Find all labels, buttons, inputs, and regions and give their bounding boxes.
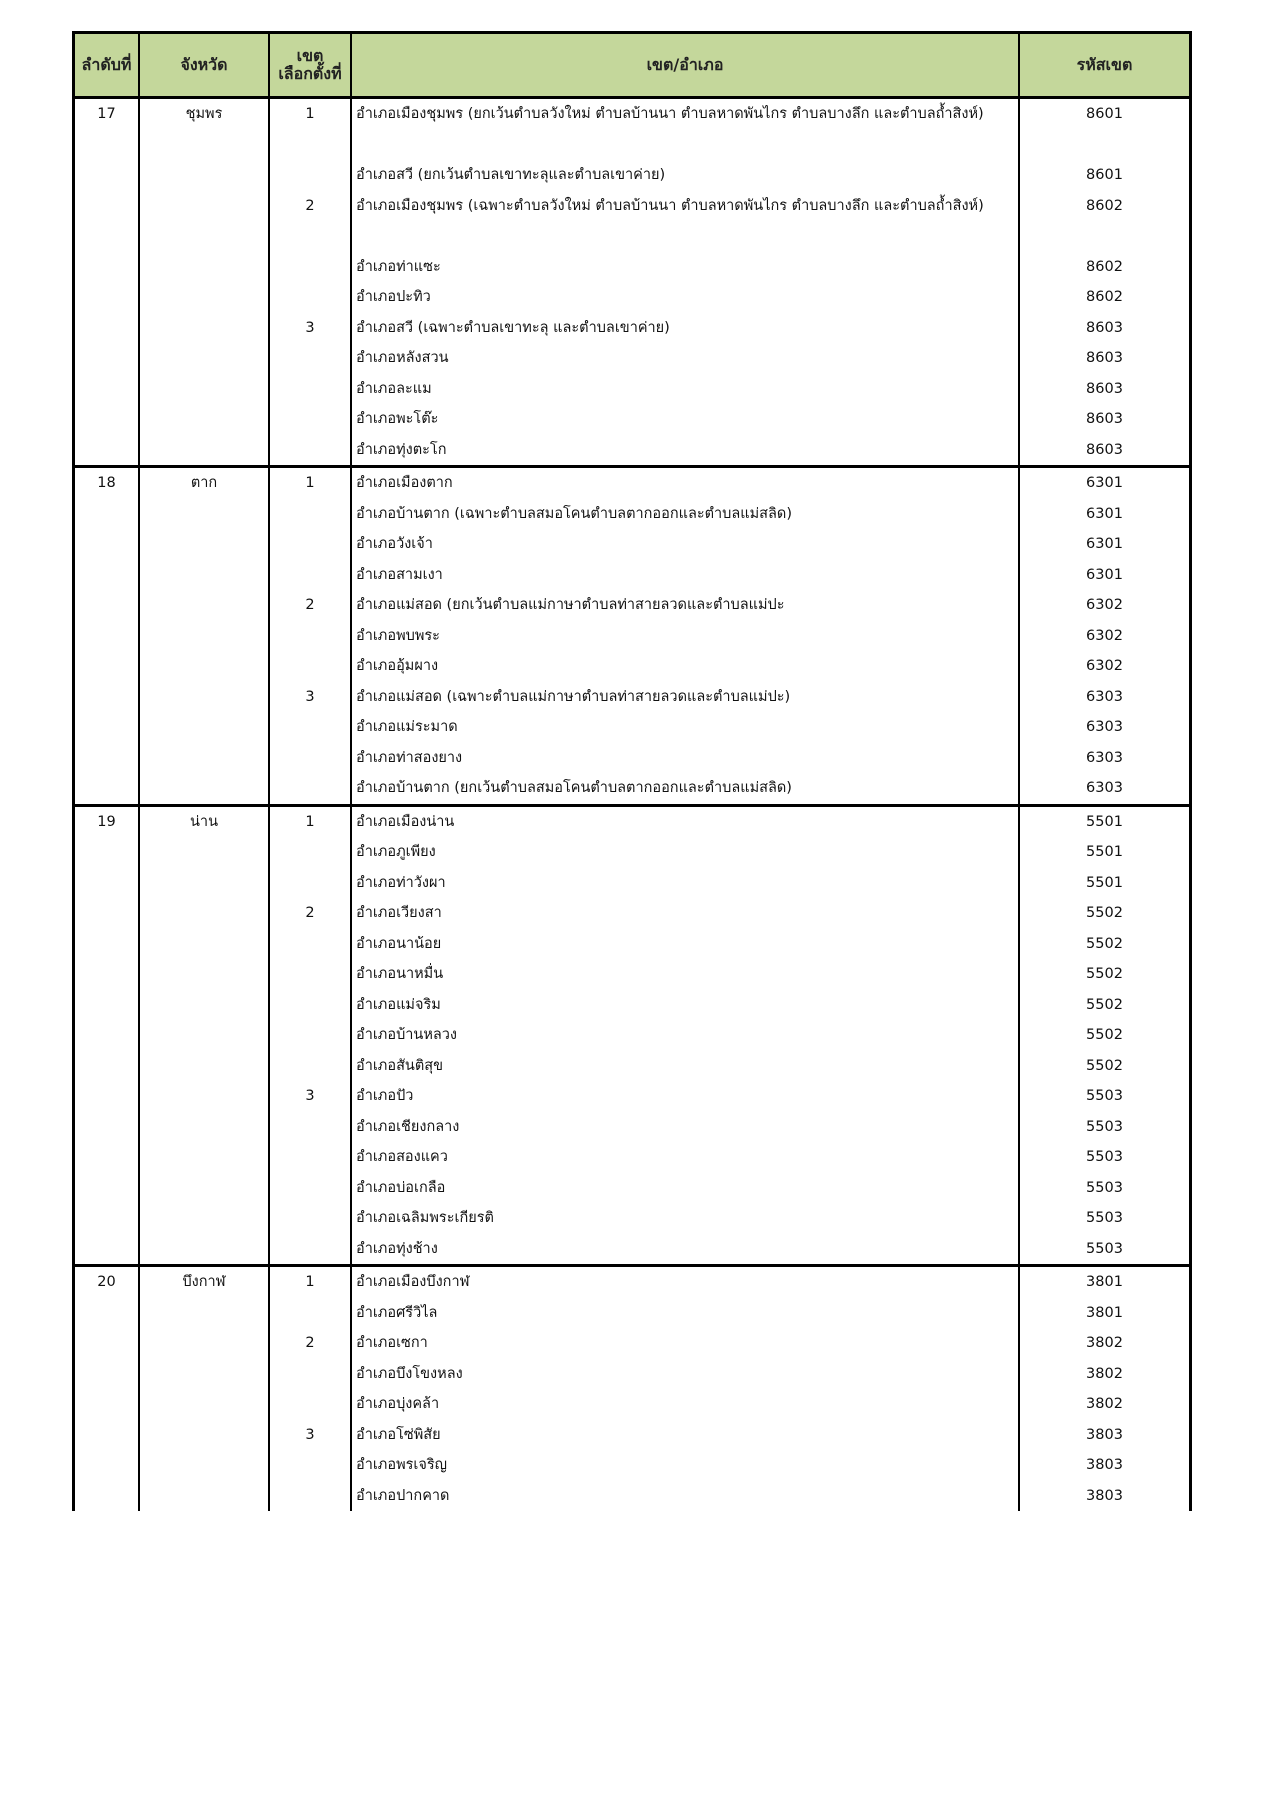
district-code: 3802 <box>1020 1328 1189 1359</box>
district-code: 5502 <box>1020 990 1189 1021</box>
header-order: ลำดับที่ <box>75 34 140 96</box>
district-number <box>270 1173 350 1204</box>
amphoe-name: อำเภอสวี (เฉพาะตำบลเขาทะลุ และตำบลเขาค่า… <box>352 313 1018 344</box>
district-number <box>270 252 350 283</box>
district-code: 8603 <box>1020 343 1189 374</box>
district-number: 2 <box>270 898 350 929</box>
district-code: 3802 <box>1020 1359 1189 1390</box>
amphoe-name: อำเภอแม่สอด (ยกเว้นตำบลแม่กาษาตำบลท่าสาย… <box>352 590 1018 621</box>
district-number <box>270 404 350 435</box>
amphoe-name: อำเภอเมืองชุมพร (ยกเว้นตำบลวังใหม่ ตำบลบ… <box>352 99 1018 160</box>
header-district-line1: เขต <box>297 47 324 65</box>
district-code: 5502 <box>1020 929 1189 960</box>
district-code: 3803 <box>1020 1481 1189 1512</box>
table-header: ลำดับที่ จังหวัด เขต เลือกตั้งที่ เขต/อำ… <box>72 31 1192 99</box>
header-code-label: รหัสเขต <box>1077 56 1133 74</box>
amphoe-name: อำเภอเวียงสา <box>352 898 1018 929</box>
district-code: 8602 <box>1020 282 1189 313</box>
province-section: 20บึงกาฬ123อำเภอเมืองบึงกาฬอำเภอศรีวิไลอ… <box>72 1267 1192 1511</box>
amphoe-name: อำเภอบึงโขงหลง <box>352 1359 1018 1390</box>
district-number <box>270 1234 350 1265</box>
header-amphoe-label: เขต/อำเภอ <box>647 56 724 74</box>
district-number: 3 <box>270 1081 350 1112</box>
district-code: 8603 <box>1020 404 1189 435</box>
district-number <box>270 1481 350 1512</box>
district-number: 1 <box>270 1267 350 1298</box>
district-code: 8603 <box>1020 435 1189 466</box>
code-column: 38013801380238023802380338033803 <box>1020 1267 1189 1511</box>
district-number <box>270 1142 350 1173</box>
district-number: 1 <box>270 807 350 838</box>
district-code: 6301 <box>1020 560 1189 591</box>
amphoe-name: อำเภอสามเงา <box>352 560 1018 591</box>
amphoe-name: อำเภอแม่จริม <box>352 990 1018 1021</box>
amphoe-name: อำเภอปากคาด <box>352 1481 1018 1512</box>
province-column: ตาก <box>140 468 270 804</box>
amphoe-name: อำเภอศรีวิไล <box>352 1298 1018 1329</box>
district-code: 5502 <box>1020 1020 1189 1051</box>
district-code: 5503 <box>1020 1081 1189 1112</box>
district-number <box>270 343 350 374</box>
district-number <box>270 743 350 774</box>
district-number <box>270 868 350 899</box>
amphoe-name: อำเภอวังเจ้า <box>352 529 1018 560</box>
amphoe-name: อำเภอบ้านตาก (ยกเว้นตำบลสมอโคนตำบลตากออก… <box>352 773 1018 804</box>
order-column: 19 <box>75 807 140 1265</box>
district-number: 2 <box>270 1328 350 1359</box>
amphoe-name: อำเภอพรเจริญ <box>352 1450 1018 1481</box>
amphoe-column: อำเภอเมืองตากอำเภอบ้านตาก (เฉพาะตำบลสมอโ… <box>352 468 1020 804</box>
header-order-label: ลำดับที่ <box>82 56 132 74</box>
district-code: 3801 <box>1020 1267 1189 1298</box>
code-column: 8601860186028602860286038603860386038603 <box>1020 99 1189 465</box>
district-number <box>270 1020 350 1051</box>
district-code: 5501 <box>1020 837 1189 868</box>
amphoe-name: อำเภอท่าสองยาง <box>352 743 1018 774</box>
district-code: 5502 <box>1020 898 1189 929</box>
province-name: บึงกาฬ <box>140 1267 268 1298</box>
district-number <box>270 435 350 466</box>
order-number: 20 <box>75 1267 138 1298</box>
amphoe-name: อำเภอสองแคว <box>352 1142 1018 1173</box>
amphoe-column: อำเภอเมืองบึงกาฬอำเภอศรีวิไลอำเภอเซกาอำเ… <box>352 1267 1020 1511</box>
amphoe-name: อำเภอเมืองน่าน <box>352 807 1018 838</box>
constituency-table: ลำดับที่ จังหวัด เขต เลือกตั้งที่ เขต/อำ… <box>72 31 1192 1511</box>
amphoe-name: อำเภอแม่สอด (เฉพาะตำบลแม่กาษาตำบลท่าสายล… <box>352 682 1018 713</box>
district-column: 123 <box>270 468 352 804</box>
amphoe-name: อำเภอปัว <box>352 1081 1018 1112</box>
amphoe-name: อำเภอบ้านตาก (เฉพาะตำบลสมอโคนตำบลตากออกแ… <box>352 499 1018 530</box>
amphoe-name: อำเภอละแม <box>352 374 1018 405</box>
district-number <box>270 773 350 804</box>
amphoe-name: อำเภอท่าแซะ <box>352 252 1018 283</box>
district-code: 3803 <box>1020 1450 1189 1481</box>
district-number: 2 <box>270 590 350 621</box>
district-number: 3 <box>270 313 350 344</box>
district-code: 3802 <box>1020 1389 1189 1420</box>
district-number: 1 <box>270 468 350 499</box>
order-number: 18 <box>75 468 138 499</box>
district-number <box>270 374 350 405</box>
amphoe-name: อำเภอเซกา <box>352 1328 1018 1359</box>
province-name: ชุมพร <box>140 99 268 130</box>
amphoe-name: อำเภอปะทิว <box>352 282 1018 313</box>
order-number: 17 <box>75 99 138 130</box>
district-number: 2 <box>270 191 350 252</box>
district-number <box>270 959 350 990</box>
district-code: 8601 <box>1020 99 1189 160</box>
district-number <box>270 1051 350 1082</box>
district-code: 5503 <box>1020 1112 1189 1143</box>
district-column: 123 <box>270 807 352 1265</box>
district-number <box>270 1112 350 1143</box>
province-name: น่าน <box>140 807 268 838</box>
table-body: 17ชุมพร123อำเภอเมืองชุมพร (ยกเว้นตำบลวัง… <box>72 99 1192 1511</box>
code-column: 5501550155015502550255025502550255025503… <box>1020 807 1189 1265</box>
order-column: 20 <box>75 1267 140 1511</box>
amphoe-name: อำเภอเมืองบึงกาฬ <box>352 1267 1018 1298</box>
district-number <box>270 282 350 313</box>
province-column: น่าน <box>140 807 270 1265</box>
district-number <box>270 929 350 960</box>
amphoe-column: อำเภอเมืองชุมพร (ยกเว้นตำบลวังใหม่ ตำบลบ… <box>352 99 1020 465</box>
amphoe-name: อำเภอบุ่งคล้า <box>352 1389 1018 1420</box>
district-code: 5501 <box>1020 807 1189 838</box>
amphoe-name: อำเภอนาหมื่น <box>352 959 1018 990</box>
amphoe-name: อำเภอเมืองตาก <box>352 468 1018 499</box>
district-code: 6302 <box>1020 621 1189 652</box>
district-number <box>270 990 350 1021</box>
order-number: 19 <box>75 807 138 838</box>
header-province: จังหวัด <box>140 34 270 96</box>
district-code: 6301 <box>1020 529 1189 560</box>
district-number <box>270 1203 350 1234</box>
district-number <box>270 651 350 682</box>
district-number <box>270 1298 350 1329</box>
province-section: 19น่าน123อำเภอเมืองน่านอำเภอภูเพียงอำเภอ… <box>72 807 1192 1268</box>
code-column: 6301630163016301630263026302630363036303… <box>1020 468 1189 804</box>
amphoe-name: อำเภอสวี (ยกเว้นตำบลเขาทะลุและตำบลเขาค่า… <box>352 160 1018 191</box>
district-number <box>270 499 350 530</box>
district-code: 8601 <box>1020 160 1189 191</box>
district-column: 123 <box>270 1267 352 1511</box>
district-code: 6301 <box>1020 499 1189 530</box>
district-number <box>270 560 350 591</box>
district-column: 123 <box>270 99 352 465</box>
amphoe-name: อำเภอเฉลิมพระเกียรติ <box>352 1203 1018 1234</box>
district-code: 3803 <box>1020 1420 1189 1451</box>
amphoe-name: อำเภอเชียงกลาง <box>352 1112 1018 1143</box>
district-code: 6303 <box>1020 682 1189 713</box>
district-code: 6302 <box>1020 590 1189 621</box>
amphoe-name: อำเภอท่าวังผา <box>352 868 1018 899</box>
district-code: 5502 <box>1020 1051 1189 1082</box>
district-number <box>270 529 350 560</box>
amphoe-name: อำเภอทุ่งตะโก <box>352 435 1018 466</box>
district-code: 3801 <box>1020 1298 1189 1329</box>
district-number <box>270 1359 350 1390</box>
district-code: 6302 <box>1020 651 1189 682</box>
province-section: 17ชุมพร123อำเภอเมืองชุมพร (ยกเว้นตำบลวัง… <box>72 99 1192 468</box>
amphoe-name: อำเภอพบพระ <box>352 621 1018 652</box>
amphoe-name: อำเภอนาน้อย <box>352 929 1018 960</box>
district-code: 8602 <box>1020 191 1189 252</box>
district-code: 6301 <box>1020 468 1189 499</box>
district-number <box>270 160 350 191</box>
district-code: 5502 <box>1020 959 1189 990</box>
district-code: 6303 <box>1020 712 1189 743</box>
district-code: 8603 <box>1020 313 1189 344</box>
district-code: 6303 <box>1020 743 1189 774</box>
amphoe-name: อำเภอบ้านหลวง <box>352 1020 1018 1051</box>
district-number: 3 <box>270 682 350 713</box>
amphoe-name: อำเภอบ่อเกลือ <box>352 1173 1018 1204</box>
district-number: 3 <box>270 1420 350 1451</box>
province-column: บึงกาฬ <box>140 1267 270 1511</box>
district-code: 8603 <box>1020 374 1189 405</box>
amphoe-name: อำเภอสันติสุข <box>352 1051 1018 1082</box>
amphoe-column: อำเภอเมืองน่านอำเภอภูเพียงอำเภอท่าวังผาอ… <box>352 807 1020 1265</box>
order-column: 18 <box>75 468 140 804</box>
district-code: 6303 <box>1020 773 1189 804</box>
header-district-line2: เลือกตั้งที่ <box>278 65 341 83</box>
district-code: 5503 <box>1020 1234 1189 1265</box>
district-code: 5501 <box>1020 868 1189 899</box>
header-amphoe: เขต/อำเภอ <box>352 34 1020 96</box>
amphoe-name: อำเภอแม่ระมาด <box>352 712 1018 743</box>
district-number <box>270 1450 350 1481</box>
district-number <box>270 621 350 652</box>
amphoe-name: อำเภอโซ่พิสัย <box>352 1420 1018 1451</box>
province-name: ตาก <box>140 468 268 499</box>
header-district: เขต เลือกตั้งที่ <box>270 34 352 96</box>
amphoe-name: อำเภอเมืองชุมพร (เฉพาะตำบลวังใหม่ ตำบลบ้… <box>352 191 1018 252</box>
header-code: รหัสเขต <box>1020 34 1189 96</box>
district-code: 5503 <box>1020 1142 1189 1173</box>
district-number <box>270 712 350 743</box>
district-number <box>270 1389 350 1420</box>
amphoe-name: อำเภออุ้มผาง <box>352 651 1018 682</box>
district-number <box>270 837 350 868</box>
district-code: 5503 <box>1020 1203 1189 1234</box>
province-column: ชุมพร <box>140 99 270 465</box>
district-code: 5503 <box>1020 1173 1189 1204</box>
district-number: 1 <box>270 99 350 160</box>
header-province-label: จังหวัด <box>180 56 227 74</box>
province-section: 18ตาก123อำเภอเมืองตากอำเภอบ้านตาก (เฉพาะ… <box>72 468 1192 807</box>
district-code: 8602 <box>1020 252 1189 283</box>
amphoe-name: อำเภอหลังสวน <box>352 343 1018 374</box>
amphoe-name: อำเภอพะโต๊ะ <box>352 404 1018 435</box>
order-column: 17 <box>75 99 140 465</box>
amphoe-name: อำเภอทุ่งช้าง <box>352 1234 1018 1265</box>
amphoe-name: อำเภอภูเพียง <box>352 837 1018 868</box>
